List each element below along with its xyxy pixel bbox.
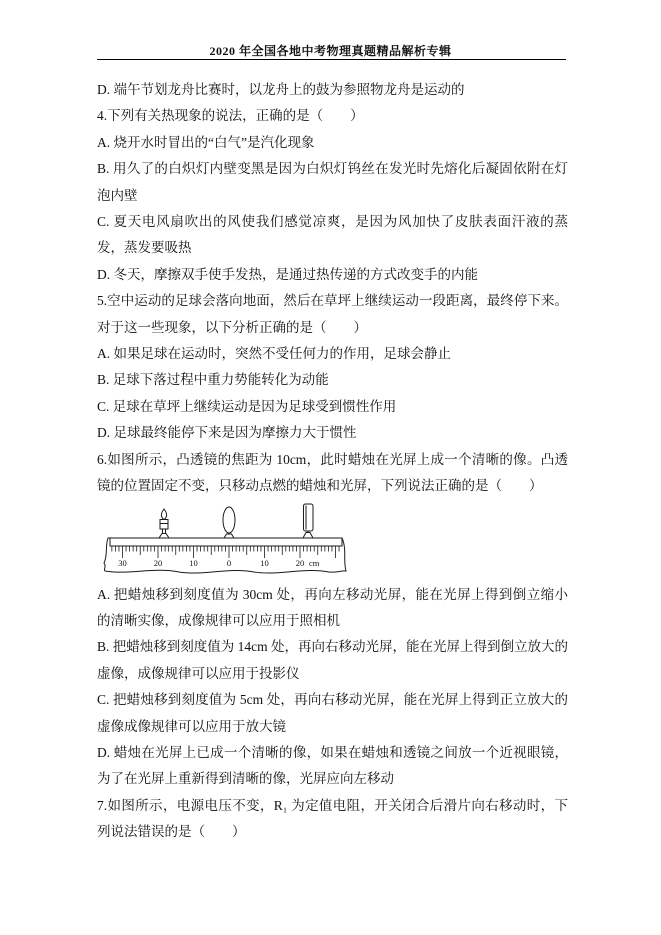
- q5-option-b: B. 足球下落过程中重力势能转化为动能: [97, 367, 568, 393]
- page: 2020 年全国各地中考物理真题精品解析专辑 D. 端午节划龙舟比赛时，以龙舟上…: [0, 0, 661, 935]
- q7-stem: 7.如图所示，电源电压不变，R₁ 为定值电阻，开关闭合后滑片向右移动时，下列说法…: [97, 793, 568, 846]
- ruler-label: 0: [227, 558, 231, 568]
- ruler-label: 10: [260, 558, 269, 568]
- q5-option-a: A. 如果足球在运动时，突然不受任何力的作用，足球会静止: [97, 341, 568, 367]
- q6-option-d: D. 蜡烛在光屏上已成一个清晰的像，如果在蜡烛和透镜之间放一个近视眼镜，为了在光…: [97, 740, 568, 793]
- q6-stem: 6.如图所示，凸透镜的焦距为 10cm，此时蜡烛在光屏上成一个清晰的像。凸透镜的…: [97, 447, 568, 500]
- ruler-label: 30: [118, 558, 127, 568]
- q5-option-d: D. 足球最终能停下来是因为摩擦力大于惯性: [97, 420, 568, 446]
- bench-top-bar: [110, 538, 342, 546]
- header-divider: [97, 59, 566, 60]
- q6-option-a: A. 把蜡烛移到刻度值为 30cm 处，再向左移动光屏，能在光屏上得到倒立缩小的…: [97, 582, 568, 635]
- screen-icon: [303, 504, 313, 538]
- q4-option-b: B. 用久了的白炽灯内壁变黑是因为白炽灯钨丝在发光时先熔化后凝固依附在灯泡内壁: [97, 156, 568, 209]
- ruler-label: 10: [189, 558, 198, 568]
- q5-stem: 5.空中运动的足球会落向地面，然后在草坪上继续运动一段距离，最终停下来。对于这一…: [97, 288, 568, 341]
- optical-bench-svg: 30 20 10 0 10 20 cm: [99, 501, 351, 579]
- q4-stem: 4.下列有关热现象的说法，正确的是（ ）: [97, 103, 568, 129]
- document-body: D. 端午节划龙舟比赛时，以龙舟上的鼓为参照物龙舟是运动的 4.下列有关热现象的…: [97, 77, 568, 846]
- q4-option-d: D. 冬天，摩擦双手使手发热，是通过热传递的方式改变手的内能: [97, 262, 568, 288]
- document-header-title: 2020 年全国各地中考物理真题精品解析专辑: [0, 42, 661, 59]
- q6-option-b: B. 把蜡烛移到刻度值为 14cm 处，再向右移动光屏，能在光屏上得到倒立放大的…: [97, 634, 568, 687]
- q3-option-d: D. 端午节划龙舟比赛时，以龙舟上的鼓为参照物龙舟是运动的: [97, 77, 568, 103]
- q4-option-c: C. 夏天电风扇吹出的风使我们感觉凉爽，是因为风加快了皮肤表面汗液的蒸发，蒸发要…: [97, 209, 568, 262]
- candle-icon: [159, 509, 169, 538]
- lens-icon: [223, 507, 235, 538]
- ruler-label: 20: [154, 558, 163, 568]
- ruler-label: 20: [296, 558, 305, 568]
- q4-option-a: A. 烧开水时冒出的“白气”是汽化现象: [97, 130, 568, 156]
- q6-option-c: C. 把蜡烛移到刻度值为 5cm 处，再向右移动光屏，能在光屏上得到正立放大的虚…: [97, 687, 568, 740]
- ruler-unit-label: cm: [309, 558, 320, 568]
- q5-option-c: C. 足球在草坪上继续运动是因为足球受到惯性作用: [97, 394, 568, 420]
- optical-bench-figure: 30 20 10 0 10 20 cm: [99, 501, 568, 581]
